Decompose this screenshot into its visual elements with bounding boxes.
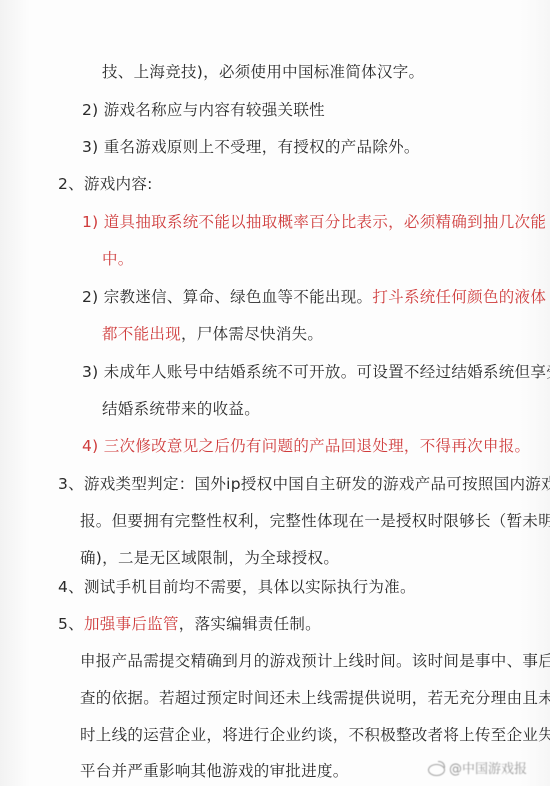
doc-line-19: 时上线的运营企业，将进行企业约谈，不积极整改者将上传至企业失信 bbox=[80, 725, 550, 745]
text-segment: 2) 宗教迷信、算命、绿色血等不能出现。 bbox=[82, 288, 372, 306]
highlight-text: 中。 bbox=[102, 250, 134, 268]
doc-line-5: 1) 道具抽取系统不能以抽取概率百分比表示，必须精确到抽几次能 bbox=[82, 212, 546, 232]
doc-heading-supervision: 5、加强事后监管，落实编辑责任制。 bbox=[58, 614, 321, 634]
doc-line-11: 4) 三次修改意见之后仍有问题的产品回退处理，不得再次申报。 bbox=[82, 436, 530, 456]
doc-line-7: 2) 宗教迷信、算命、绿色血等不能出现。打斗系统任何颜色的液体 bbox=[82, 287, 546, 307]
section-heading: 3、游戏类型判定：国外ip授权中国自主研发的游戏产品可按照国内游戏申 bbox=[58, 475, 550, 493]
doc-line-20: 平台并严重影响其他游戏的审批进度。 bbox=[80, 761, 349, 781]
doc-line-17: 申报产品需提交精确到月的游戏预计上线时间。该时间是事中、事后抽 bbox=[80, 651, 550, 671]
doc-line-13: 报。但要拥有完整性权利，完整性体现在一是授权时限够长（暂未明 bbox=[80, 511, 550, 531]
doc-heading-test-phones: 4、测试手机目前均不需要，具体以实际执行为准。 bbox=[58, 577, 416, 597]
text-segment: 时上线的运营企业，将进行企业约谈，不积极整改者将上传至企业失信 bbox=[80, 726, 550, 744]
text-segment: 报。但要拥有完整性权利，完整性体现在一是授权时限够长（暂未明 bbox=[80, 512, 550, 530]
doc-line-2: 2) 游戏名称应与内容有较强关联性 bbox=[82, 100, 325, 120]
section-heading: 4、测试手机目前均不需要，具体以实际执行为准。 bbox=[58, 578, 416, 596]
doc-line-10: 结婚系统带来的收益。 bbox=[102, 399, 260, 419]
doc-line-1: 技、上海竞技)，必须使用中国标准简体汉字。 bbox=[102, 62, 424, 82]
watermark-text: @中国游戏报 bbox=[449, 758, 527, 777]
doc-line-8: 都不能出现，尸体需尽快消失。 bbox=[102, 324, 323, 344]
highlight-text: 加强事后监管 bbox=[84, 615, 179, 633]
text-segment: 技、上海竞技)，必须使用中国标准简体汉字。 bbox=[102, 63, 424, 81]
doc-line-6: 中。 bbox=[102, 249, 134, 269]
section-heading: 2、游戏内容: bbox=[58, 175, 153, 193]
text-segment: 结婚系统带来的收益。 bbox=[102, 400, 260, 418]
text-segment: 查的依据。若超过预定时间还未上线需提供说明，若无充分理由且未按 bbox=[80, 689, 550, 707]
text-segment: ，落实编辑责任制。 bbox=[179, 615, 321, 633]
doc-heading-game-type: 3、游戏类型判定：国外ip授权中国自主研发的游戏产品可按照国内游戏申 bbox=[58, 474, 550, 494]
weibo-watermark: @中国游戏报 bbox=[428, 758, 527, 777]
doc-line-14: 确)，二是无区域限制，为全球授权。 bbox=[80, 548, 339, 568]
text-segment: 申报产品需提交精确到月的游戏预计上线时间。该时间是事中、事后抽 bbox=[80, 652, 550, 670]
document-page: 技、上海竞技)，必须使用中国标准简体汉字。 2) 游戏名称应与内容有较强关联性 … bbox=[0, 0, 550, 786]
doc-heading-game-content: 2、游戏内容: bbox=[58, 174, 153, 194]
highlight-text: 打斗系统任何颜色的液体 bbox=[372, 288, 546, 306]
weibo-icon bbox=[428, 761, 446, 775]
text-segment: 3) 未成年人账号中结婚系统不可开放。可设置不经过结婚系统但享受 bbox=[82, 363, 550, 381]
text-segment: ，尸体需尽快消失。 bbox=[181, 325, 323, 343]
highlight-text: 4) 三次修改意见之后仍有问题的产品回退处理，不得再次申报。 bbox=[82, 437, 530, 455]
doc-line-9: 3) 未成年人账号中结婚系统不可开放。可设置不经过结婚系统但享受 bbox=[82, 362, 550, 382]
highlight-text: 都不能出现 bbox=[102, 325, 181, 343]
highlight-text: 1) 道具抽取系统不能以抽取概率百分比表示，必须精确到抽几次能 bbox=[82, 213, 546, 231]
doc-line-3: 3) 重名游戏原则上不受理，有授权的产品除外。 bbox=[82, 137, 420, 157]
doc-line-18: 查的依据。若超过预定时间还未上线需提供说明，若无充分理由且未按 bbox=[80, 688, 550, 708]
text-segment: 3) 重名游戏原则上不受理，有授权的产品除外。 bbox=[82, 138, 420, 156]
text-segment: 确)，二是无区域限制，为全球授权。 bbox=[80, 549, 339, 567]
text-segment: 2) 游戏名称应与内容有较强关联性 bbox=[82, 101, 325, 119]
text-segment: 平台并严重影响其他游戏的审批进度。 bbox=[80, 762, 349, 780]
text-segment: 5、 bbox=[58, 615, 84, 633]
